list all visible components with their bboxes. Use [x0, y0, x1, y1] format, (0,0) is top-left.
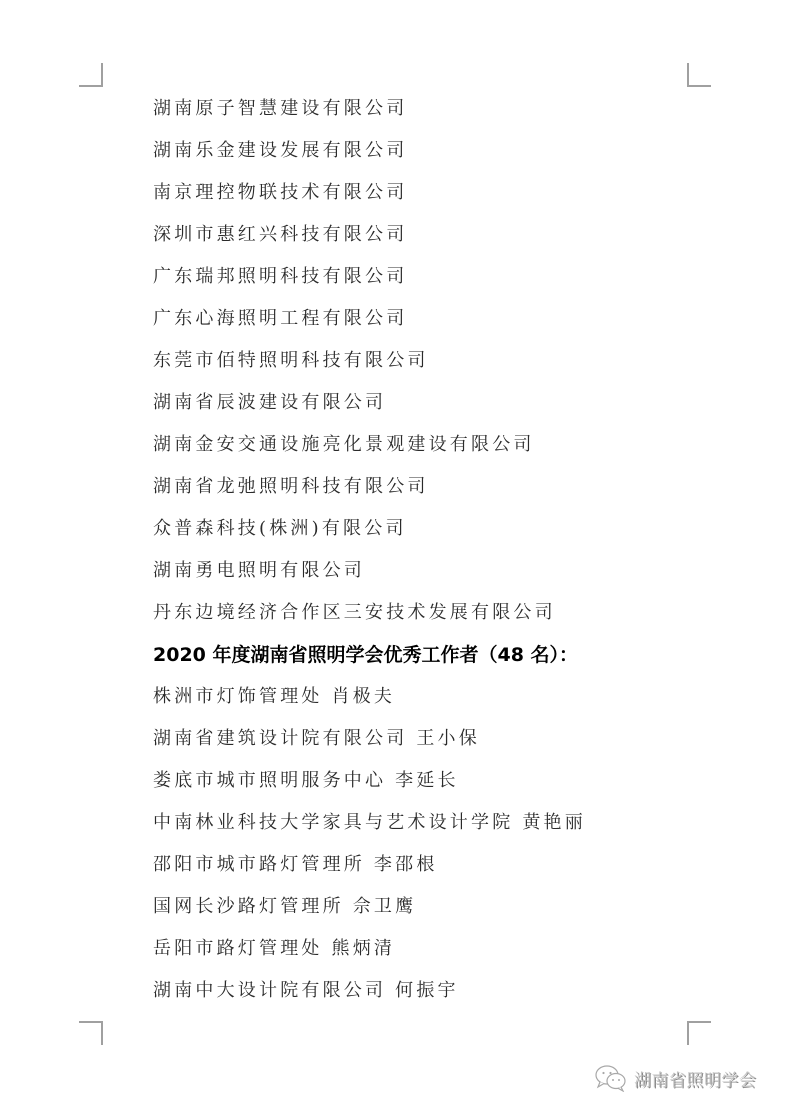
company-item: 深圳市惠红兴科技有限公司	[153, 214, 693, 256]
crop-mark-top-left	[79, 63, 103, 87]
watermark-text: 湖南省照明学会	[634, 1066, 757, 1091]
company-item: 湖南乐金建设发展有限公司	[153, 130, 693, 172]
worker-item: 国网长沙路灯管理所 佘卫鹰	[153, 886, 693, 928]
company-item: 湖南省辰波建设有限公司	[153, 382, 693, 424]
worker-item: 株洲市灯饰管理处 肖极夫	[153, 676, 693, 718]
watermark: 湖南省照明学会	[594, 1064, 757, 1092]
worker-item: 娄底市城市照明服务中心 李延长	[153, 760, 693, 802]
worker-item: 邵阳市城市路灯管理所 李邵根	[153, 844, 693, 886]
company-item: 湖南原子智慧建设有限公司	[153, 88, 693, 130]
worker-list: 株洲市灯饰管理处 肖极夫 湖南省建筑设计院有限公司 王小保 娄底市城市照明服务中…	[153, 676, 693, 1012]
crop-mark-bottom-left	[79, 1021, 103, 1045]
company-item: 众普森科技(株洲)有限公司	[153, 508, 693, 550]
crop-mark-bottom-right	[687, 1021, 711, 1045]
worker-item: 中南林业科技大学家具与艺术设计学院 黄艳丽	[153, 802, 693, 844]
worker-item: 湖南中大设计院有限公司 何振宇	[153, 970, 693, 1012]
document-body: 湖南原子智慧建设有限公司 湖南乐金建设发展有限公司 南京理控物联技术有限公司 深…	[153, 88, 693, 1012]
company-item: 湖南勇电照明有限公司	[153, 550, 693, 592]
worker-item: 岳阳市路灯管理处 熊炳清	[153, 928, 693, 970]
company-item: 丹东边境经济合作区三安技术发展有限公司	[153, 592, 693, 634]
wechat-icon	[594, 1064, 628, 1092]
company-item: 南京理控物联技术有限公司	[153, 172, 693, 214]
company-item: 湖南省龙弛照明科技有限公司	[153, 466, 693, 508]
company-item: 广东心海照明工程有限公司	[153, 298, 693, 340]
company-item: 广东瑞邦照明科技有限公司	[153, 256, 693, 298]
company-item: 湖南金安交通设施亮化景观建设有限公司	[153, 424, 693, 466]
section-heading: 2020 年度湖南省照明学会优秀工作者（48 名）：	[153, 634, 693, 676]
crop-mark-top-right	[687, 63, 711, 87]
company-list: 湖南原子智慧建设有限公司 湖南乐金建设发展有限公司 南京理控物联技术有限公司 深…	[153, 88, 693, 634]
company-item: 东莞市佰特照明科技有限公司	[153, 340, 693, 382]
worker-item: 湖南省建筑设计院有限公司 王小保	[153, 718, 693, 760]
